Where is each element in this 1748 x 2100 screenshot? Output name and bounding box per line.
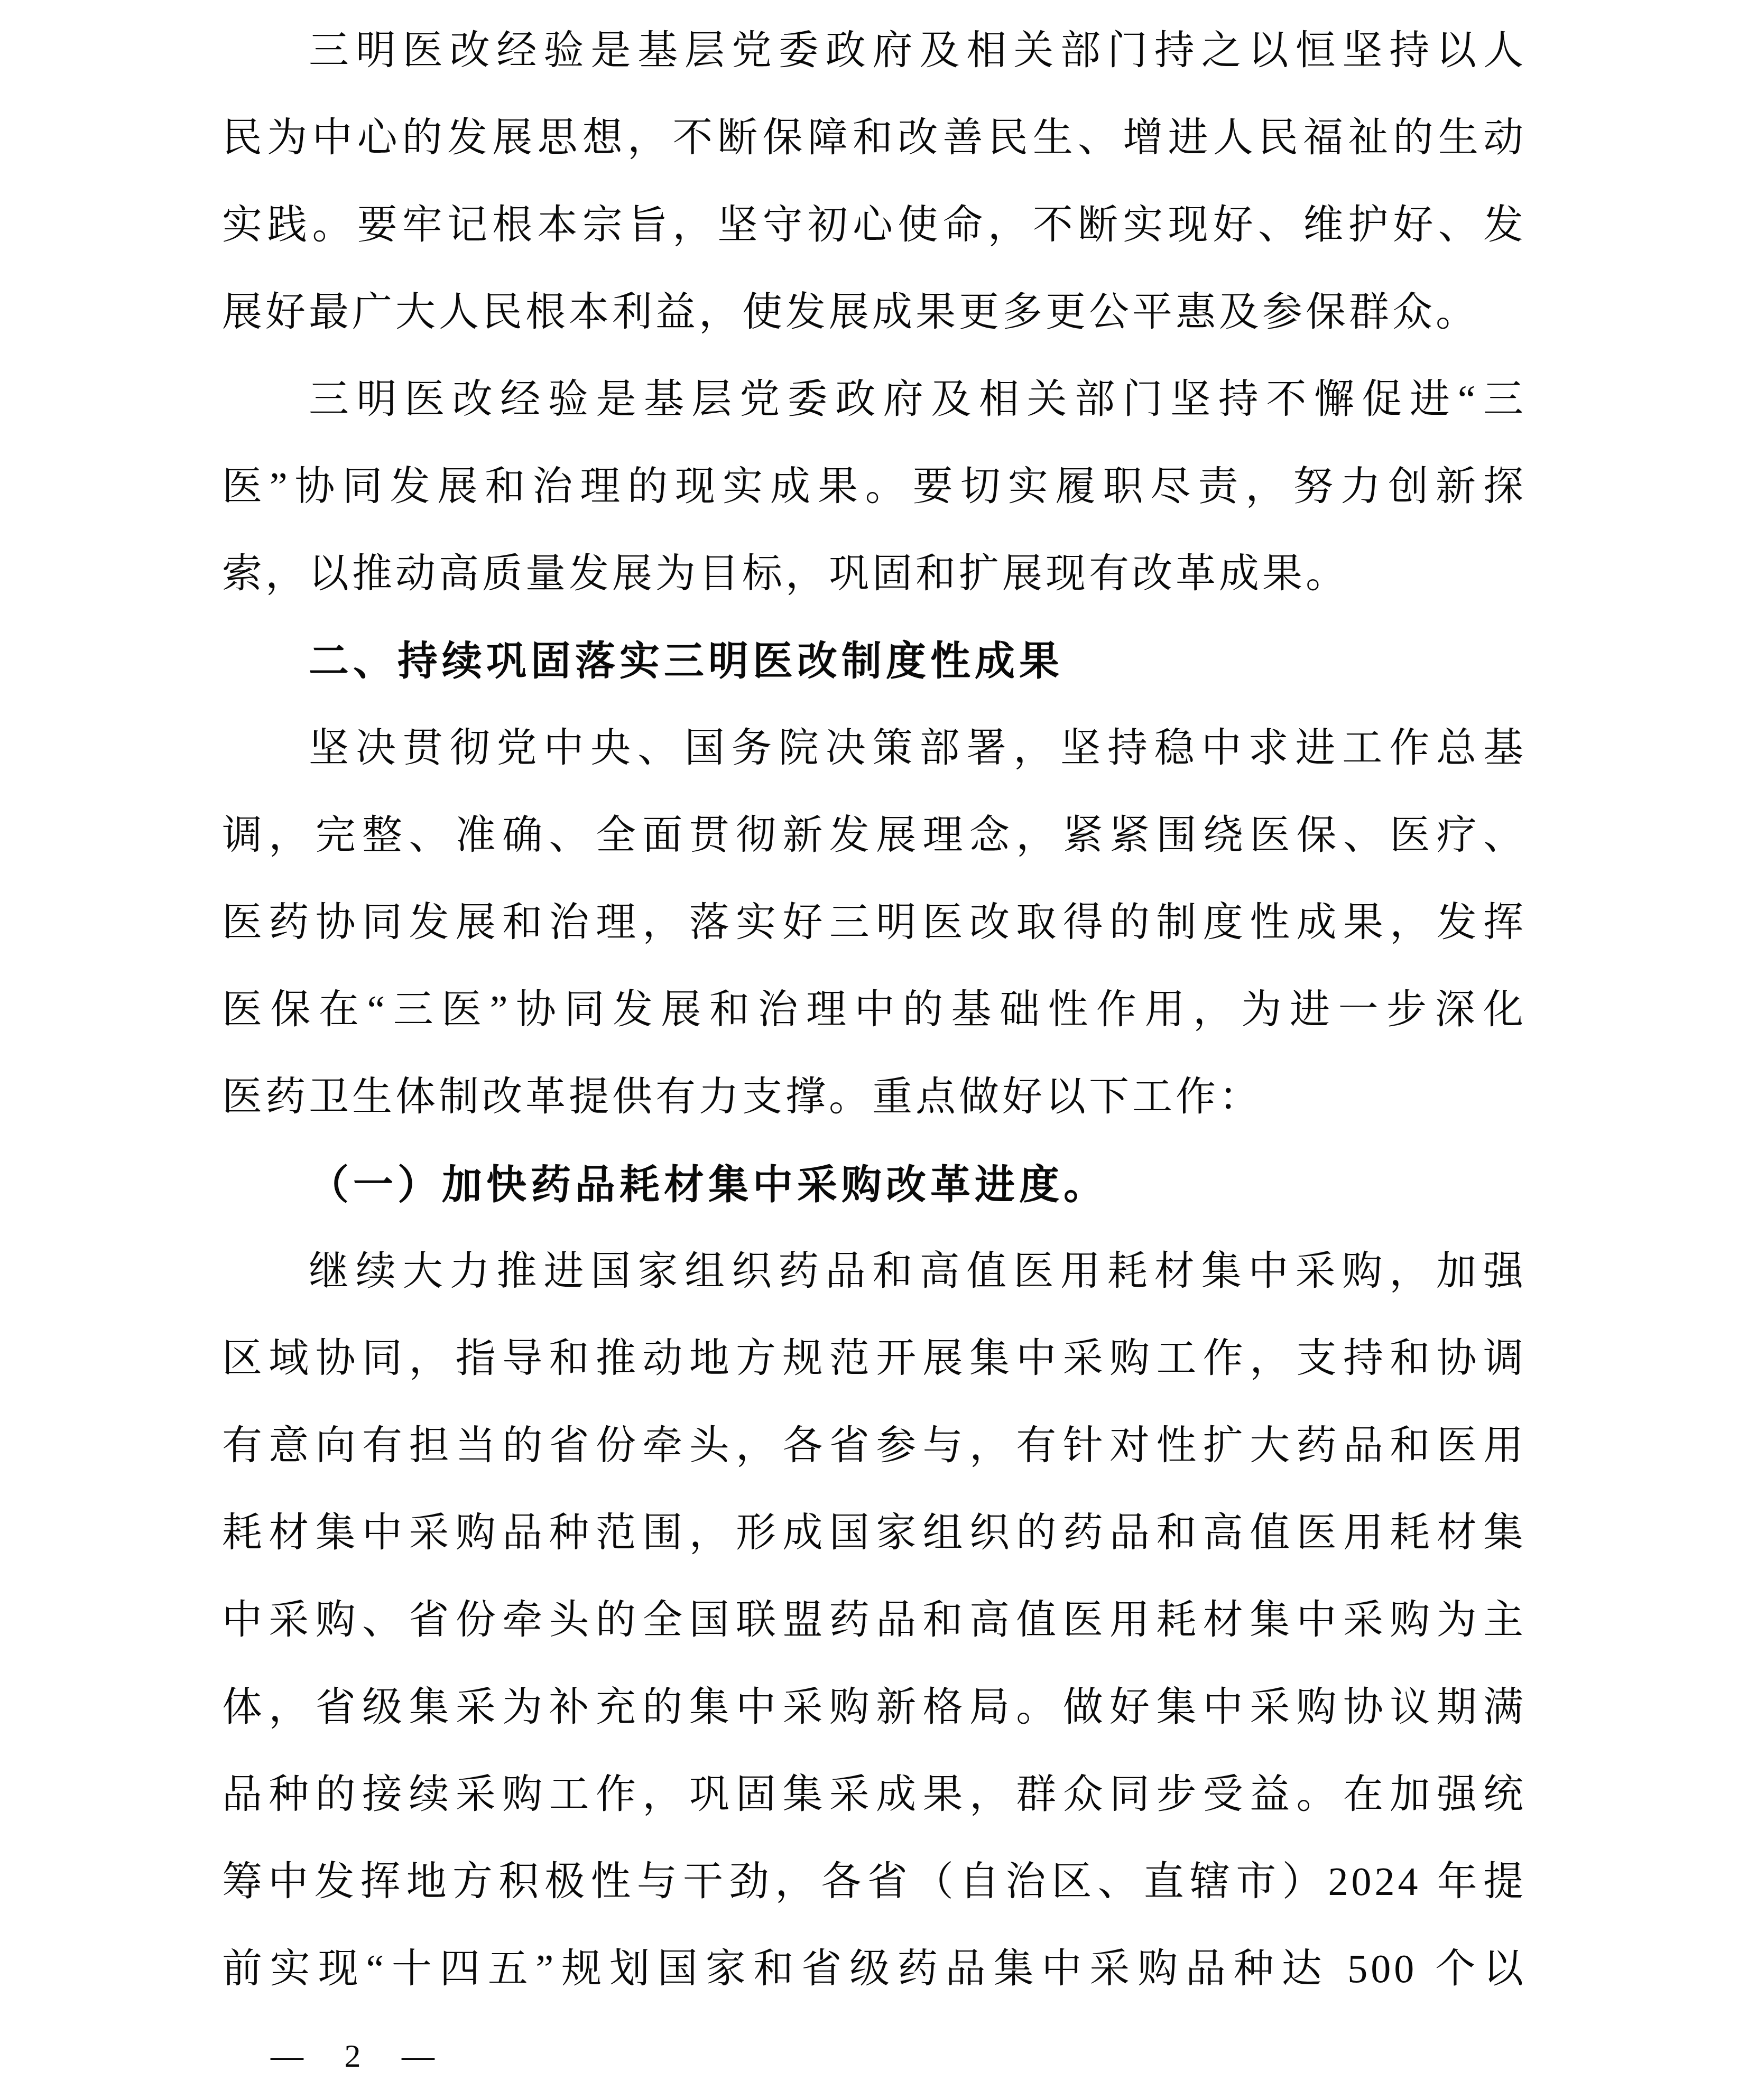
text-line: 前实现“十四五”规划国家和省级药品集中采购品种达 500 个以 xyxy=(222,1926,1527,2013)
text-line: 筹中发挥地方积极性与干劲，各省（自治区、直辖市）2024 年提 xyxy=(222,1838,1527,1926)
text-line: 有意向有担当的省份牵头，各省参与，有针对性扩大药品和医用 xyxy=(222,1402,1527,1490)
text-line: 耗材集中采购品种范围，形成国家组织的药品和高值医用耗材集 xyxy=(222,1490,1527,1577)
section-heading: 二、持续巩固落实三明医改制度性成果 xyxy=(222,618,1527,705)
text-line: 索，以推动高质量发展为目标，巩固和扩展现有改革成果。 xyxy=(222,531,1527,618)
text-line: 品种的接续采购工作，巩固集采成果，群众同步受益。在加强统 xyxy=(222,1751,1527,1838)
text-line: 体，省级集采为补充的集中采购新格局。做好集中采购协议期满 xyxy=(222,1664,1527,1751)
page-number-label: — 2 — xyxy=(271,2038,442,2074)
text-line: 调，完整、准确、全面贯彻新发展理念，紧紧围绕医保、医疗、 xyxy=(222,792,1527,879)
text-line: 医保在“三医”协同发展和治理中的基础性作用，为进一步深化 xyxy=(222,967,1527,1054)
text-line: 坚决贯彻党中央、国务院决策部署，坚持稳中求进工作总基 xyxy=(222,705,1527,792)
subsection-heading: （一）加快药品耗材集中采购改革进度。 xyxy=(222,1141,1527,1228)
document-body: 三明医改经验是基层党委政府及相关部门持之以恒坚持以人民为中心的发展思想，不断保障… xyxy=(222,7,1527,2013)
text-line: 医药协同发展和治理，落实好三明医改取得的制度性成果，发挥 xyxy=(222,879,1527,967)
text-line: 三明医改经验是基层党委政府及相关部门持之以恒坚持以人 xyxy=(222,7,1527,95)
text-line: 区域协同，指导和推动地方规范开展集中采购工作，支持和协调 xyxy=(222,1315,1527,1402)
text-line: 继续大力推进国家组织药品和高值医用耗材集中采购，加强 xyxy=(222,1228,1527,1315)
page-footer: — 2 — xyxy=(271,2032,442,2080)
text-line: 医药卫生体制改革提供有力支撑。重点做好以下工作： xyxy=(222,1054,1527,1141)
text-line: 实践。要牢记根本宗旨，坚守初心使命，不断实现好、维护好、发 xyxy=(222,182,1527,269)
text-line: 展好最广大人民根本利益，使发展成果更多更公平惠及参保群众。 xyxy=(222,269,1527,356)
text-line: 医”协同发展和治理的现实成果。要切实履职尽责，努力创新探 xyxy=(222,443,1527,531)
text-line: 三明医改经验是基层党委政府及相关部门坚持不懈促进“三 xyxy=(222,356,1527,443)
document-page: 三明医改经验是基层党委政府及相关部门持之以恒坚持以人民为中心的发展思想，不断保障… xyxy=(0,0,1748,2100)
text-line: 中采购、省份牵头的全国联盟药品和高值医用耗材集中采购为主 xyxy=(222,1577,1527,1664)
text-line: 民为中心的发展思想，不断保障和改善民生、增进人民福祉的生动 xyxy=(222,95,1527,182)
